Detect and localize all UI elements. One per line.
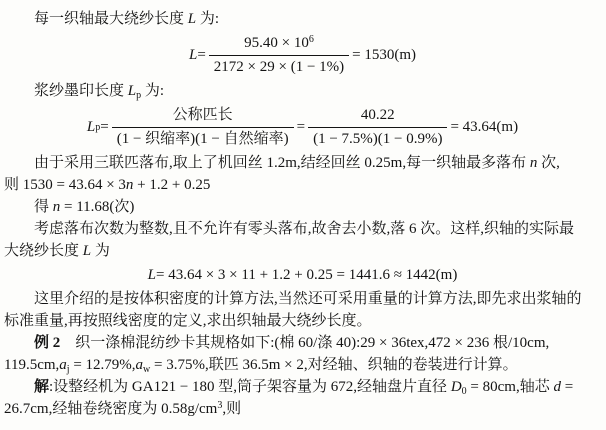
example-2-label: 例 2 [34,335,60,351]
text-run: 为 [91,243,110,259]
fraction-numerator: 公称匹长 [112,106,294,128]
paragraph-method-note-cont: 标准重量,再按照线密度的定义,求出织轴最大绕纱长度。 [4,310,601,332]
formula-actual-max-length: L = 43.64 × 3 × 11 + 1.2 + 0.25 = 1441.6… [4,266,601,285]
text-run: 大绕纱长度 [4,243,83,259]
paragraph-doffing-explanation: 由于采用三联匹落布,取上了机回丝 1.2m,结经回丝 0.25m,每一织轴最多落… [4,152,601,174]
paragraph-integer-consideration-cont: 大绕纱长度 L 为 [4,240,601,262]
text-run: 为: [141,83,164,99]
text-run: = 11.68(次) [60,199,134,215]
variable-a: a [136,357,144,373]
text-run: 标准重量,再按照线密度的定义,求出织轴最大绕纱长度。 [4,313,372,329]
formula-marking-length: Lp = 公称匹长(1 − 织缩率)(1 − 自然缩率) = 40.22(1 −… [4,106,601,149]
example-2-specs-line: 119.5cm,aj = 12.79%,aw = 3.75%,联匹 36.5m … [4,354,601,376]
text-run: 由于采用三联匹落布,取上了机回丝 1.2m,结经回丝 0.25m,每一织轴最多落… [34,155,530,171]
variable-d: d [553,379,561,395]
fraction-numerator: 95.40 × 106 [209,34,349,56]
text-run: 次, [537,155,560,171]
text-run: = 3.75%,联匹 36.5m × 2,对经轴、织轴的卷装进行计算。 [150,357,517,373]
text-run: :设整经机为 GA121 − 180 型,筒子架容量为 672,经轴盘片直径 [49,379,451,395]
formula-lhs-L: L [148,266,156,285]
fraction-numerator: 40.22 [308,106,447,128]
text-run: 则 1530 = 43.64 × 3 [4,177,126,193]
equation-1530: 则 1530 = 43.64 × 3n + 1.2 + 0.25 [4,174,601,196]
variable-a: a [59,357,67,373]
scanned-textbook-page: 每一织轴最大绕纱长度 L 为: L = 95.40 × 1062172 × 29… [0,0,606,430]
numerator-exponent: 6 [309,34,314,45]
formula-lhs-L: L [189,46,197,65]
text-run: = [561,379,573,395]
solution-line-cont: 26.7cm,经轴卷绕密度为 0.58g/cm3,则 [4,398,601,420]
example-2-heading-line: 例 2 织一涤棉混纺纱卡其规格如下:(棉 60/涤 40):29 × 36tex… [4,332,601,354]
formula-lhs-Lp: L [87,118,95,137]
variable-L: L [188,11,196,27]
text-run: 这里介绍的是按体积密度的计算方法,当然还可采用重量的计算方法,即先求出浆轴的 [34,291,582,307]
formula-body: = 43.64 × 3 × 11 + 1.2 + 0.25 = 1441.6 ≈… [156,266,457,285]
equals-sign: = [297,118,305,137]
paragraph-method-note: 这里介绍的是按体积密度的计算方法,当然还可采用重量的计算方法,即先求出浆轴的 [4,288,601,310]
paragraph-beam-max-length-intro: 每一织轴最大绕纱长度 L 为: [4,8,601,30]
formula-beam-max-length: L = 95.40 × 1062172 × 29 × (1 − 1%) = 15… [4,34,601,77]
text-run: 考虑落布次数为整数,且不允许有零头落布,故舍去小数,落 6 次。这样,织轴的实际… [34,221,574,237]
variable-D: D [451,379,462,395]
solution-line: 解:设整经机为 GA121 − 180 型,筒子架容量为 672,经轴盘片直径 … [4,376,601,398]
text-run: = 80cm,轴芯 [467,379,554,395]
text-run: ,则 [222,401,241,417]
text-run: 为: [196,11,219,27]
text-run: 得 [34,199,53,215]
formula-result: = 43.64(m) [450,118,518,137]
formula-result: = 1530(m) [352,46,416,65]
equals-sign: = [197,46,205,65]
equals-sign: = [100,118,108,137]
text-run: 每一织轴最大绕纱长度 [34,11,188,27]
paragraph-integer-consideration: 考虑落布次数为整数,且不允许有零头落布,故舍去小数,落 6 次。这样,织轴的实际… [4,218,601,240]
text-run: 浆纱墨印长度 [34,83,128,99]
text-run: 119.5cm, [4,357,59,373]
text-run: 织一涤棉混纺纱卡其规格如下:(棉 60/涤 40):29 × 36tex,472… [60,335,549,351]
fraction-denominator: (1 − 7.5%)(1 − 0.9%) [308,128,447,149]
fraction-symbolic: 公称匹长(1 − 织缩率)(1 − 自然缩率) [112,106,294,149]
fraction-numeric: 40.22(1 − 7.5%)(1 − 0.9%) [308,106,447,149]
variable-L: L [128,83,136,99]
numerator-base: 95.40 × 10 [244,35,309,51]
solution-label: 解 [34,379,49,395]
result-n-value: 得 n = 11.68(次) [4,196,601,218]
text-run: 26.7cm,经轴卷绕密度为 0.58g/cm [4,401,217,417]
text-run: = 12.79%, [70,357,136,373]
fraction-denominator: (1 − 织缩率)(1 − 自然缩率) [112,128,294,149]
fraction: 95.40 × 1062172 × 29 × (1 − 1%) [209,34,349,77]
variable-L: L [83,243,91,259]
paragraph-marking-length-intro: 浆纱墨印长度 Lp 为: [4,80,601,102]
fraction-denominator: 2172 × 29 × (1 − 1%) [209,56,349,77]
text-run: + 1.2 + 0.25 [133,177,210,193]
